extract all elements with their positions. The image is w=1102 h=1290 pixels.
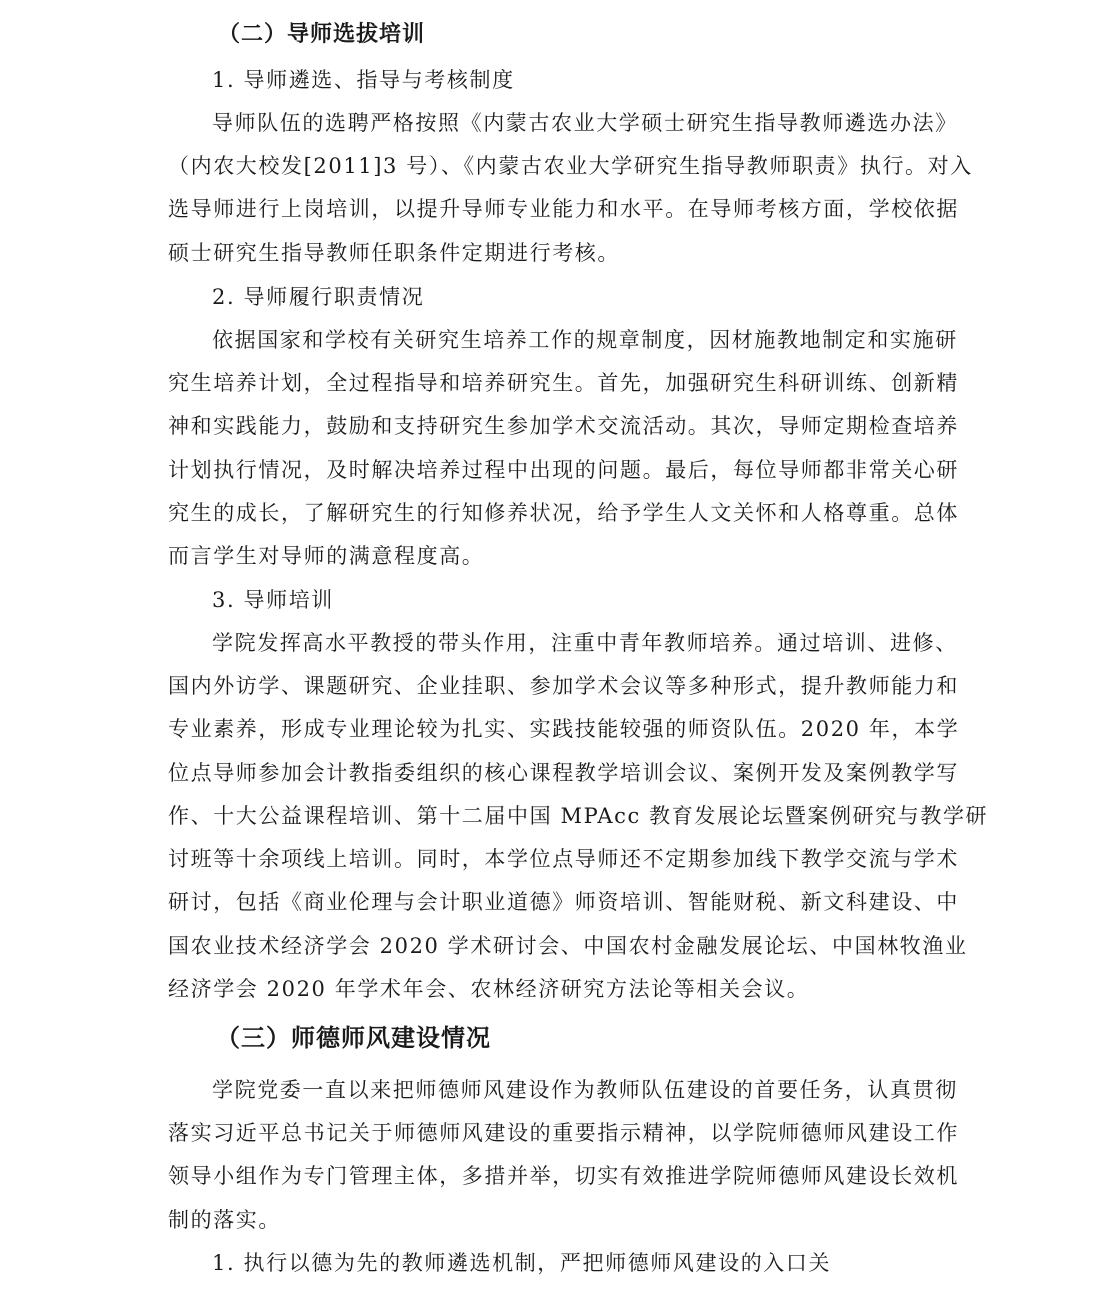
paragraph-line: 选导师进行上岗培训，以提升导师专业能力和水平。在导师考核方面，学校依据 bbox=[168, 196, 934, 222]
paragraph-line: 神和实践能力，鼓励和支持研究生参加学术交流活动。其次，导师定期检查培养 bbox=[168, 413, 934, 439]
paragraph-line: 位点导师参加会计教指委组织的核心课程教学培训会议、案例开发及案例教学写 bbox=[168, 760, 934, 786]
subsection-title-2-2: 2. 导师履行职责情况 bbox=[212, 284, 424, 310]
paragraph-line: 究生培养计划，全过程指导和培养研究生。首先，加强研究生科研训练、创新精 bbox=[168, 370, 934, 396]
paragraph-line: 计划执行情况，及时解决培养过程中出现的问题。最后，每位导师都非常关心研 bbox=[168, 457, 934, 483]
paragraph-line: 制的落实。 bbox=[168, 1207, 281, 1233]
paragraph-line: （内农大校发[2011]3 号）、《内蒙古农业大学研究生指导教师职责》执行。对入 bbox=[168, 153, 934, 179]
paragraph-line: 专业素养，形成专业理论较为扎实、实践技能较强的师资队伍。2020 年，本学 bbox=[168, 716, 934, 742]
paragraph-line: 而言学生对导师的满意程度高。 bbox=[168, 543, 484, 569]
paragraph-line: 经济学会 2020 年学术年会、农林经济研究方法论等相关会议。 bbox=[168, 976, 809, 1002]
section-heading-3: （三）师德师风建设情况 bbox=[216, 1025, 491, 1051]
paragraph-line: 学院党委一直以来把师德师风建设作为教师队伍建设的首要任务，认真贯彻 bbox=[212, 1077, 936, 1103]
paragraph-line: 学院发挥高水平教授的带头作用，注重中青年教师培养。通过培训、进修、 bbox=[212, 630, 936, 656]
paragraph-line: 导师队伍的选聘严格按照《内蒙古农业大学硕士研究生指导教师遴选办法》 bbox=[212, 110, 936, 136]
paragraph-line: 究生的成长，了解研究生的行知修养状况，给予学生人文关怀和人格尊重。总体 bbox=[168, 500, 934, 526]
paragraph-line: 讨班等十余项线上培训。同时，本学位点导师还不定期参加线下教学交流与学术 bbox=[168, 846, 934, 872]
paragraph-line: 落实习近平总书记关于师德师风建设的重要指示精神，以学院师德师风建设工作 bbox=[168, 1120, 934, 1146]
paragraph-line: 作、十大公益课程培训、第十二届中国 MPAcc 教育发展论坛暨案例研究与教学研 bbox=[168, 803, 934, 829]
paragraph-line: 依据国家和学校有关研究生培养工作的规章制度，因材施教地制定和实施研 bbox=[212, 327, 936, 353]
paragraph-line: 国农业技术经济学会 2020 学术研讨会、中国农村金融发展论坛、中国林牧渔业 bbox=[168, 933, 934, 959]
subsection-title-2-1: 1. 导师遴选、指导与考核制度 bbox=[212, 67, 515, 93]
paragraph-line: 国内外访学、课题研究、企业挂职、参加学术会议等多种形式，提升教师能力和 bbox=[168, 673, 934, 699]
subsection-title-2-3: 3. 导师培训 bbox=[212, 587, 334, 613]
paragraph-line: 领导小组作为专门管理主体，多措并举，切实有效推进学院师德师风建设长效机 bbox=[168, 1163, 934, 1189]
subsection-title-3-1: 1. 执行以德为先的教师遴选机制，严把师德师风建设的入口关 bbox=[212, 1250, 831, 1276]
paragraph-line: 硕士研究生指导教师任职条件定期进行考核。 bbox=[168, 240, 620, 266]
section-heading-2: （二）导师选拔培训 bbox=[218, 22, 425, 48]
paragraph-line: 研讨，包括《商业伦理与会计职业道德》师资培训、智能财税、新文科建设、中 bbox=[168, 889, 934, 915]
